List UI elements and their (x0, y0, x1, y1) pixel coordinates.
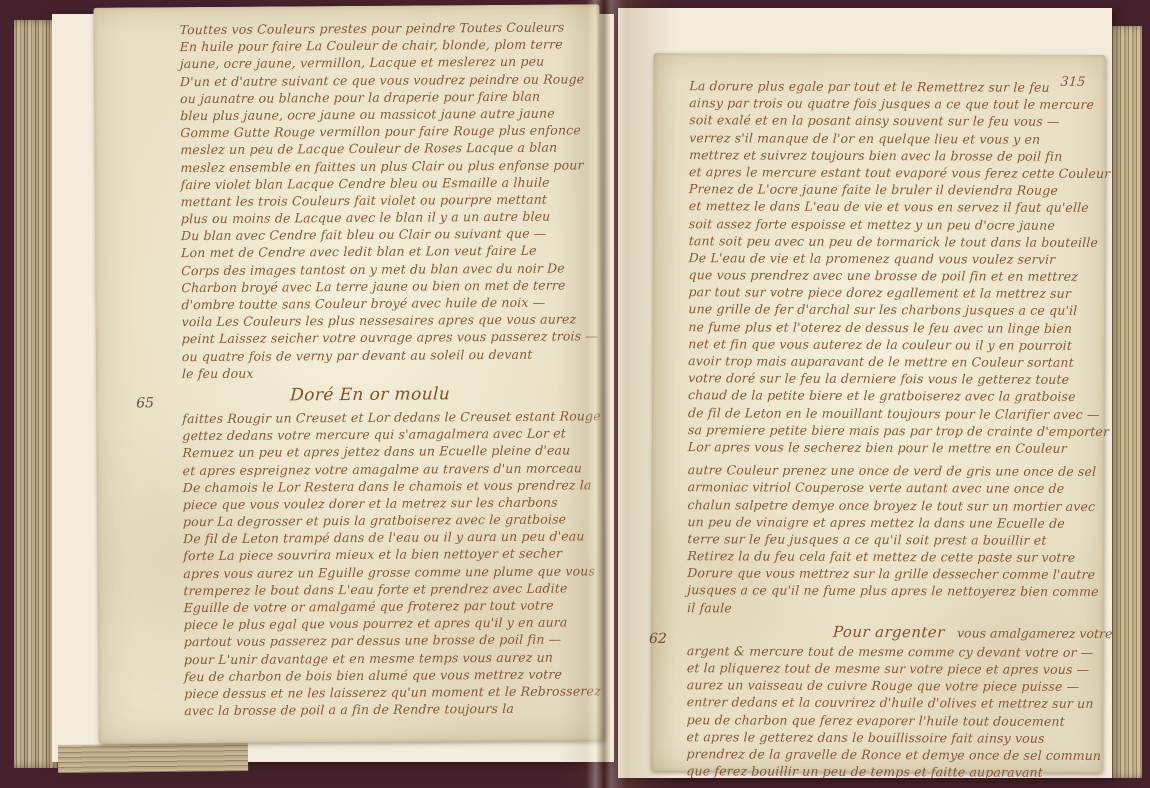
manuscript-text-line: chalun salpetre demye once broyez le tou… (687, 496, 1100, 515)
manuscript-text-line: net et fin que vous auterez de la couleu… (688, 335, 1101, 354)
open-book-photograph: 65 Touttes vos Couleurs prestes pour pei… (0, 0, 1150, 788)
manuscript-text-line: peu de charbon que ferez evaporer l'huil… (686, 711, 1099, 730)
manuscript-text-line: Retirez la du feu cela fait et mettez de… (687, 547, 1100, 566)
manuscript-text-line: il faule (687, 599, 1100, 618)
manuscript-text-line: meslez un peu de Lacque Couleur de Roses… (180, 139, 594, 159)
left-manuscript-page: 65 Touttes vos Couleurs prestes pour pei… (93, 4, 604, 744)
manuscript-text-line: Prenez de L'ocre jaune faite le bruler i… (689, 180, 1102, 199)
manuscript-text-line: le feu doux (182, 362, 596, 382)
section-heading-dore-en-or-moulu: Doré En or moulu (290, 382, 597, 406)
manuscript-text-line: mettrez et suivrez toujours bien avec la… (689, 146, 1102, 165)
manuscript-text-line: autre Couleur prenez une once de verd de… (687, 461, 1100, 480)
right-manuscript-page: 315 62 La dorure plus egale par tout et … (650, 53, 1105, 773)
manuscript-text-line: soit exalé et en la posant ainsy souvent… (689, 112, 1102, 131)
manuscript-text-line: tant soit peu avec un peu de tormarick l… (688, 232, 1101, 251)
manuscript-text-line: que ferez bouillir un peu de temps et fa… (686, 762, 1099, 781)
manuscript-text-line: prendrez de la gravelle de Ronce et demy… (686, 745, 1099, 764)
manuscript-text-line: ne fume plus et l'oterez de dessus le fe… (688, 318, 1101, 337)
manuscript-text-line: soit assez forte espoisse et mettez y un… (688, 215, 1101, 234)
manuscript-text-line: un peu de vinaigre et apres mettez la da… (687, 513, 1100, 532)
manuscript-text-line: chaud de la petite biere et le gratboise… (688, 387, 1101, 406)
manuscript-text-line: sa premiere petite biere mais pas par tr… (688, 421, 1101, 440)
margin-number-65: 65 (136, 395, 154, 411)
margin-number-62: 62 (649, 631, 667, 647)
manuscript-text-line: Remuez un peu et apres jettez dans un Ec… (182, 442, 596, 462)
left-page-text: Touttes vos Couleurs prestes pour peindr… (180, 18, 599, 719)
right-page-text: La dorure plus egale par tout et le Reme… (686, 77, 1101, 781)
manuscript-text-line: et apres le getterez dans le bouillissoi… (686, 728, 1099, 747)
manuscript-text-line: et mettez le dans L'eau de vie et vous e… (689, 197, 1102, 216)
book-page-edges-bottom-left (58, 743, 248, 773)
manuscript-text-line: Lor apres vous le secherez bien pour le … (688, 438, 1101, 457)
manuscript-text-line: entrer dedans et la couvrirez d'huile d'… (686, 694, 1099, 713)
manuscript-text-line: armoniac vitriol Couperose verte autant … (687, 478, 1100, 497)
manuscript-text-line: argent & mercure tout de mesme comme cy … (687, 642, 1100, 661)
manuscript-text-line: que vous prendrez avec une brosse de poi… (688, 266, 1101, 285)
section-heading-pour-argenter-row: Pour argenter vous amalgamerez votre (687, 620, 1099, 642)
manuscript-text-line: jusques a ce qu'il ne fume plus apres le… (687, 582, 1100, 601)
manuscript-text-line: avec la brosse de poil a a fin de Rendre… (184, 699, 598, 719)
manuscript-text-line: et apres le mercure estant tout evaporé … (689, 163, 1102, 182)
section-heading-pour-argenter: Pour argenter (832, 621, 945, 643)
manuscript-text-line: La dorure plus egale par tout et le Reme… (689, 77, 1102, 96)
right-paragraph-autre-couleur: autre Couleur prenez une once de verd de… (687, 461, 1100, 617)
manuscript-text-line: De L'eau de vie et la promenez quand vou… (688, 249, 1101, 268)
manuscript-text-line: verrez s'il manque de l'or en quelque li… (689, 129, 1102, 148)
manuscript-text-line: une grille de fer d'archal sur les charb… (688, 301, 1101, 320)
manuscript-text-line: terre sur le feu jusques a ce qu'il soit… (687, 530, 1100, 549)
left-paragraph-gilding: faittes Rougir un Creuset et Lor dedans … (182, 407, 598, 719)
right-paragraph-silvering: argent & mercure tout de mesme comme cy … (686, 642, 1099, 781)
manuscript-text-line: avoir trop mais auparavant de le mettre … (688, 352, 1101, 371)
manuscript-text-line: et la pliquerez tout de mesme sur votre … (687, 659, 1100, 678)
manuscript-text-line: de fil de Leton en le mouillant toujours… (688, 404, 1101, 423)
heading-continuation-text: vous amalgamerez votre (956, 625, 1112, 641)
left-paragraph-colors: Touttes vos Couleurs prestes pour peindr… (180, 18, 597, 382)
right-paragraph-gilding-continued: La dorure plus egale par tout et le Reme… (688, 77, 1102, 457)
